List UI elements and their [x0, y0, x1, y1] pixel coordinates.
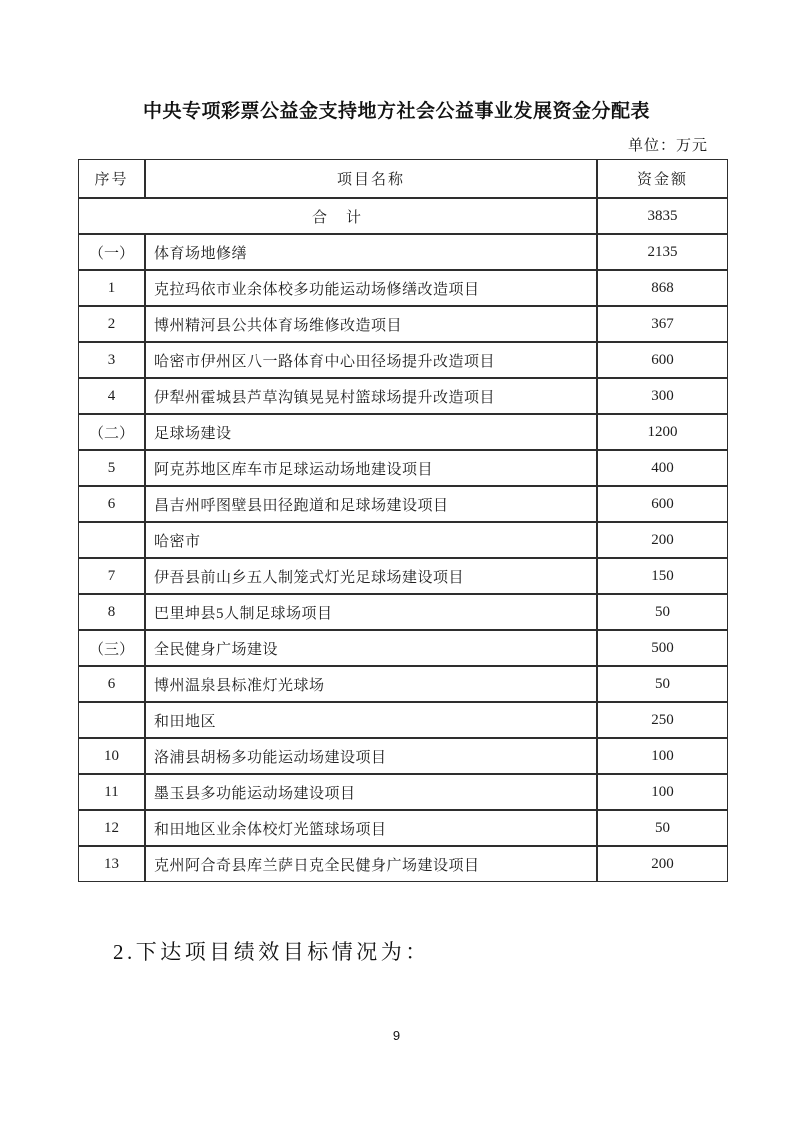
row-no: 6	[78, 486, 145, 522]
row-no	[78, 522, 145, 558]
row-no: 1	[78, 270, 145, 306]
row-no: 7	[78, 558, 145, 594]
table-row: 4伊犁州霍城县芦草沟镇晃晃村篮球场提升改造项目300	[78, 378, 728, 414]
table-row: 6昌吉州呼图壁县田径跑道和足球场建设项目600	[78, 486, 728, 522]
row-amount: 200	[597, 846, 728, 882]
total-row: 合 计 3835	[78, 198, 728, 234]
total-row-label: 合 计	[78, 198, 597, 234]
table-row: 5阿克苏地区库车市足球运动场地建设项目400	[78, 450, 728, 486]
table-row: 13克州阿合奇县库兰萨日克全民健身广场建设项目200	[78, 846, 728, 882]
row-name: 全民健身广场建设	[145, 630, 597, 666]
table-row: 7伊吾县前山乡五人制笼式灯光足球场建设项目150	[78, 558, 728, 594]
row-amount: 250	[597, 702, 728, 738]
row-name: 洛浦县胡杨多功能运动场建设项目	[145, 738, 597, 774]
row-no: （一）	[78, 234, 145, 270]
row-no: 6	[78, 666, 145, 702]
page-title: 中央专项彩票公益金支持地方社会公益事业发展资金分配表	[0, 96, 793, 123]
row-amount: 1200	[597, 414, 728, 450]
row-amount: 500	[597, 630, 728, 666]
document-page: 中央专项彩票公益金支持地方社会公益事业发展资金分配表 单位：万元 序号 项目名称…	[0, 0, 793, 1122]
table-body: 合 计 3835 （一）体育场地修缮21351克拉玛依市业余体校多功能运动场修缮…	[78, 198, 728, 882]
column-header-project-name: 项目名称	[145, 159, 597, 198]
row-amount: 50	[597, 594, 728, 630]
table-row: 11墨玉县多功能运动场建设项目100	[78, 774, 728, 810]
row-amount: 2135	[597, 234, 728, 270]
row-name: 哈密市伊州区八一路体育中心田径场提升改造项目	[145, 342, 597, 378]
row-name: 伊犁州霍城县芦草沟镇晃晃村篮球场提升改造项目	[145, 378, 597, 414]
column-header-amount: 资金额	[597, 159, 728, 198]
table-row: 和田地区250	[78, 702, 728, 738]
row-no: 10	[78, 738, 145, 774]
row-amount: 100	[597, 738, 728, 774]
row-no: 5	[78, 450, 145, 486]
row-no: 8	[78, 594, 145, 630]
row-name: 博州温泉县标准灯光球场	[145, 666, 597, 702]
row-amount: 150	[597, 558, 728, 594]
footer-note: 2.下达项目绩效目标情况为：	[113, 936, 430, 966]
row-name: 阿克苏地区库车市足球运动场地建设项目	[145, 450, 597, 486]
row-name: 和田地区	[145, 702, 597, 738]
row-no: 11	[78, 774, 145, 810]
row-name: 巴里坤县5人制足球场项目	[145, 594, 597, 630]
row-no: 4	[78, 378, 145, 414]
section-row: （二）足球场建设1200	[78, 414, 728, 450]
page-number: 9	[0, 1028, 793, 1043]
row-name: 哈密市	[145, 522, 597, 558]
row-no: （二）	[78, 414, 145, 450]
total-row-amount: 3835	[597, 198, 728, 234]
row-amount: 600	[597, 342, 728, 378]
row-name: 足球场建设	[145, 414, 597, 450]
row-no: 13	[78, 846, 145, 882]
row-amount: 50	[597, 810, 728, 846]
row-name: 博州精河县公共体育场维修改造项目	[145, 306, 597, 342]
row-name: 体育场地修缮	[145, 234, 597, 270]
row-no: 3	[78, 342, 145, 378]
unit-label: 单位：万元	[628, 134, 708, 155]
table-row: 8巴里坤县5人制足球场项目50	[78, 594, 728, 630]
row-name: 克州阿合奇县库兰萨日克全民健身广场建设项目	[145, 846, 597, 882]
section-row: （三）全民健身广场建设500	[78, 630, 728, 666]
table-row: 1克拉玛依市业余体校多功能运动场修缮改造项目868	[78, 270, 728, 306]
row-amount: 50	[597, 666, 728, 702]
row-amount: 200	[597, 522, 728, 558]
row-no	[78, 702, 145, 738]
row-no: 12	[78, 810, 145, 846]
row-amount: 367	[597, 306, 728, 342]
row-name: 墨玉县多功能运动场建设项目	[145, 774, 597, 810]
table-row: 10洛浦县胡杨多功能运动场建设项目100	[78, 738, 728, 774]
table-row: 12和田地区业余体校灯光篮球场项目50	[78, 810, 728, 846]
row-amount: 868	[597, 270, 728, 306]
table-row: 6博州温泉县标准灯光球场50	[78, 666, 728, 702]
row-name: 克拉玛依市业余体校多功能运动场修缮改造项目	[145, 270, 597, 306]
table-header-row: 序号 项目名称 资金额	[78, 159, 728, 198]
column-header-serial: 序号	[78, 159, 145, 198]
row-amount: 600	[597, 486, 728, 522]
row-name: 和田地区业余体校灯光篮球场项目	[145, 810, 597, 846]
table-row: 3哈密市伊州区八一路体育中心田径场提升改造项目600	[78, 342, 728, 378]
table-row: 哈密市200	[78, 522, 728, 558]
row-no: （三）	[78, 630, 145, 666]
fund-allocation-table: 序号 项目名称 资金额 合 计 3835 （一）体育场地修缮21351克拉玛依市…	[78, 159, 728, 882]
section-row: （一）体育场地修缮2135	[78, 234, 728, 270]
row-amount: 100	[597, 774, 728, 810]
row-amount: 400	[597, 450, 728, 486]
row-name: 伊吾县前山乡五人制笼式灯光足球场建设项目	[145, 558, 597, 594]
row-amount: 300	[597, 378, 728, 414]
row-name: 昌吉州呼图壁县田径跑道和足球场建设项目	[145, 486, 597, 522]
row-no: 2	[78, 306, 145, 342]
table-row: 2博州精河县公共体育场维修改造项目367	[78, 306, 728, 342]
